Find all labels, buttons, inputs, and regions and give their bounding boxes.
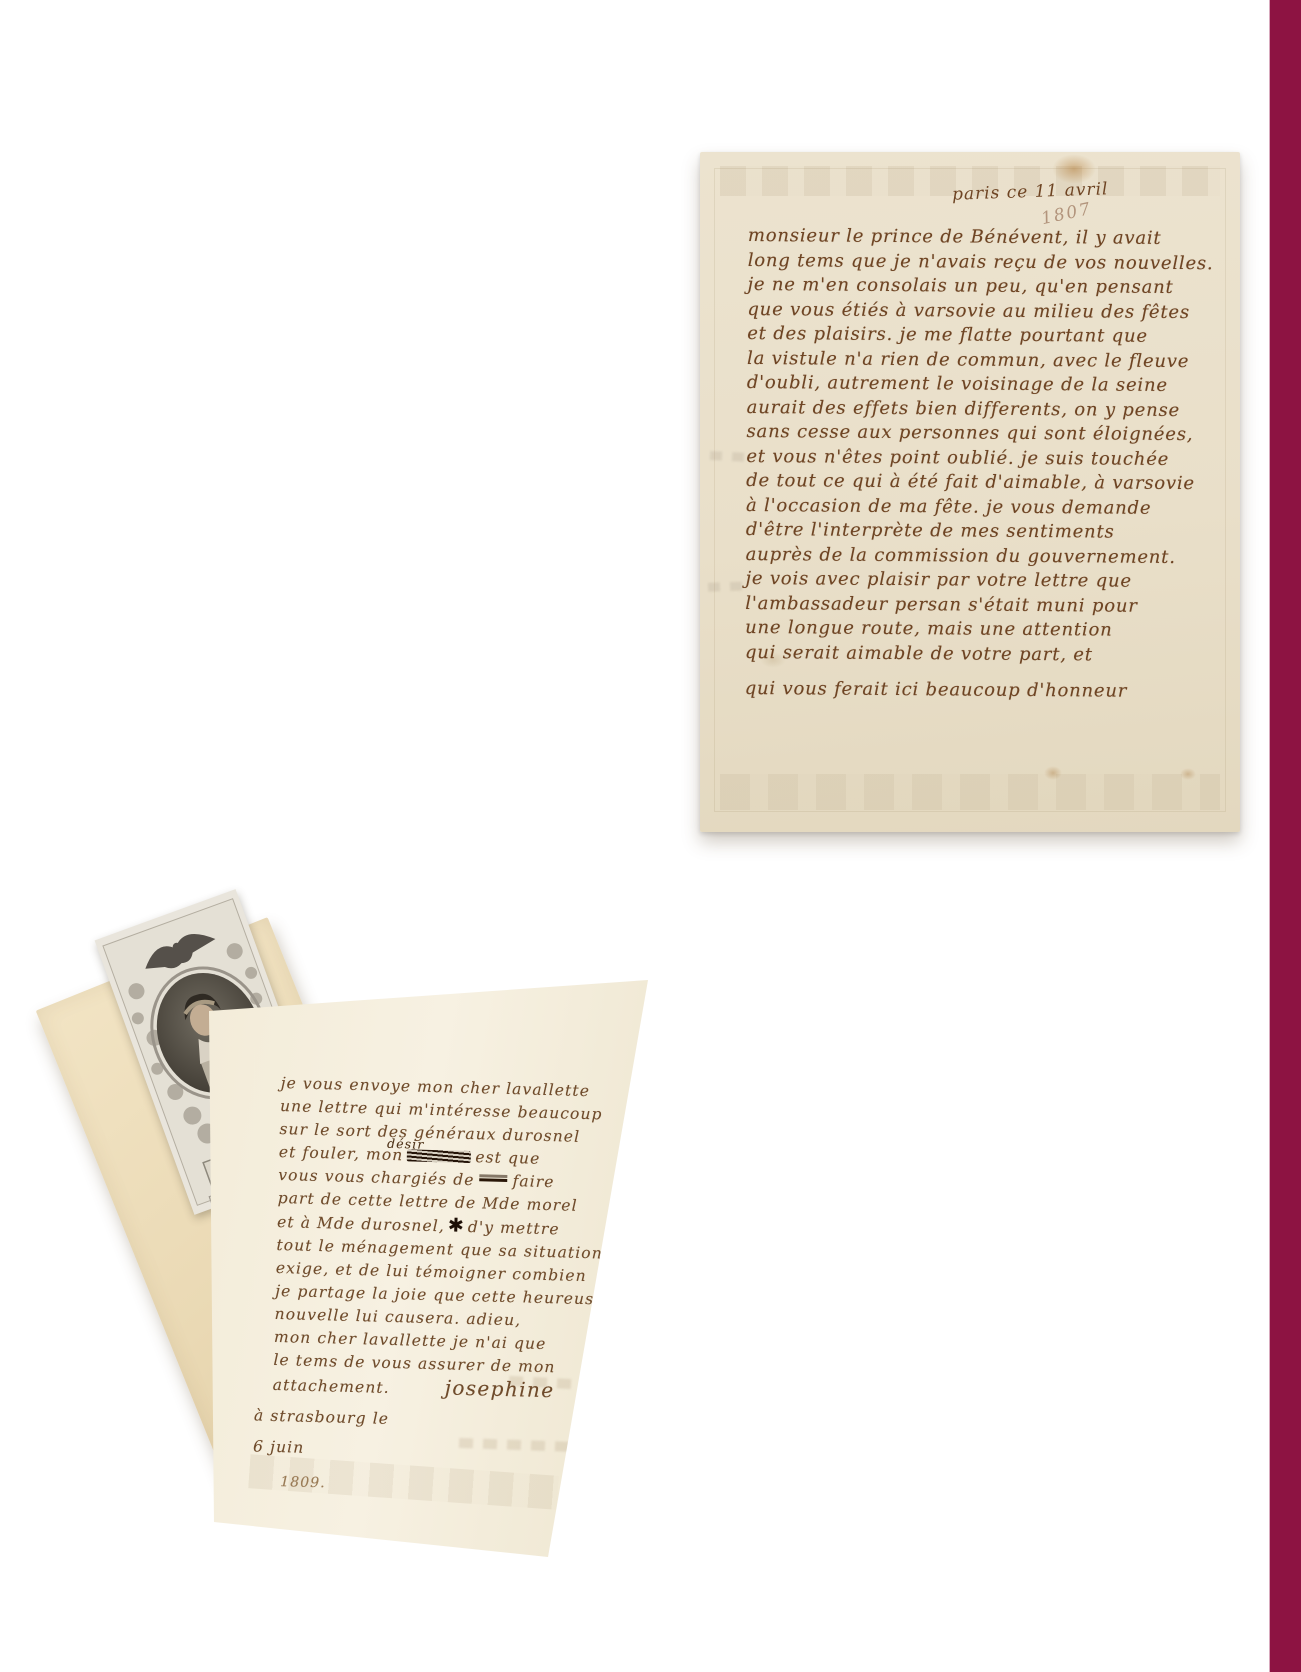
line-text: faire — [512, 1172, 554, 1191]
manuscript-line: la vistule n'a rien de commun, avec le f… — [747, 346, 1225, 374]
letter-body: monsieur le prince de Bénévent, il y ava… — [745, 224, 1226, 705]
manuscript-line: qui serait aimable de votre part, et — [745, 640, 1223, 668]
manuscript-line: d'être l'interprète de mes sentiments — [746, 518, 1224, 546]
manuscript-line: et vous n'êtes point oublié. je suis tou… — [746, 444, 1224, 472]
manuscript-line: qui vous ferait ici beaucoup d'honneur — [745, 677, 1223, 705]
letter-1809-manuscript: je vous envoye mon cher lavallette une l… — [209, 980, 648, 1557]
manuscript-line: je vois avec plaisir par votre lettre qu… — [745, 567, 1223, 595]
manuscript-line: une longue route, mais une attention — [745, 616, 1223, 644]
letter-body: je vous envoye mon cher lavallette une l… — [270, 1072, 641, 1503]
line-text: d'y mettre — [468, 1218, 560, 1238]
manuscript-line: sans cesse aux personnes qui sont éloign… — [746, 420, 1224, 448]
manuscript-line: monsieur le prince de Bénévent, il y ava… — [748, 224, 1226, 252]
manuscript-line: à l'occasion de ma fête. je vous demande — [746, 493, 1224, 521]
year-line: 1809. — [280, 1471, 630, 1503]
line-text: et fouler, mon — [279, 1143, 404, 1164]
manuscript-line: aurait des effets bien differents, on y … — [747, 395, 1225, 423]
manuscript-line: et des plaisirs. je me flatte pourtant q… — [747, 322, 1225, 350]
line-text: vous vous chargiés de — [278, 1166, 475, 1189]
date-line: 6 juin — [253, 1435, 631, 1468]
catalog-page: paris ce 11 avril 1807 monsieur le princ… — [0, 0, 1301, 1672]
manuscript-line: l'ambassadeur persan s'était muni pour — [745, 591, 1223, 619]
josephine-signature: josephine — [444, 1376, 554, 1402]
manuscript-line: long tems que je n'avais reçu de vos nou… — [748, 248, 1226, 276]
manuscript-line: je ne m'en consolais un peu, qu'en pensa… — [747, 273, 1225, 301]
letter-1807-manuscript: paris ce 11 avril 1807 monsieur le princ… — [700, 152, 1240, 832]
manuscript-line: que vous étiés à varsovie au milieu des … — [747, 297, 1225, 325]
ink-strike — [480, 1178, 508, 1182]
closing-word: attachement. — [272, 1374, 390, 1400]
ink-blot-star: ✱ — [448, 1214, 466, 1236]
line-text: est que — [475, 1148, 541, 1168]
line-text: et à Mde durosnel, — [277, 1213, 445, 1235]
inserted-word: désir — [387, 1132, 425, 1156]
manuscript-line: auprès de la commission du gouvernement. — [746, 542, 1224, 570]
manuscript-line: d'oubli, autrement le voisinage de la se… — [747, 371, 1225, 399]
accent-bar — [1269, 0, 1301, 1672]
place-line: à strasbourg le — [254, 1404, 632, 1437]
manuscript-line: de tout ce qui à été fait d'aimable, à v… — [746, 469, 1224, 497]
